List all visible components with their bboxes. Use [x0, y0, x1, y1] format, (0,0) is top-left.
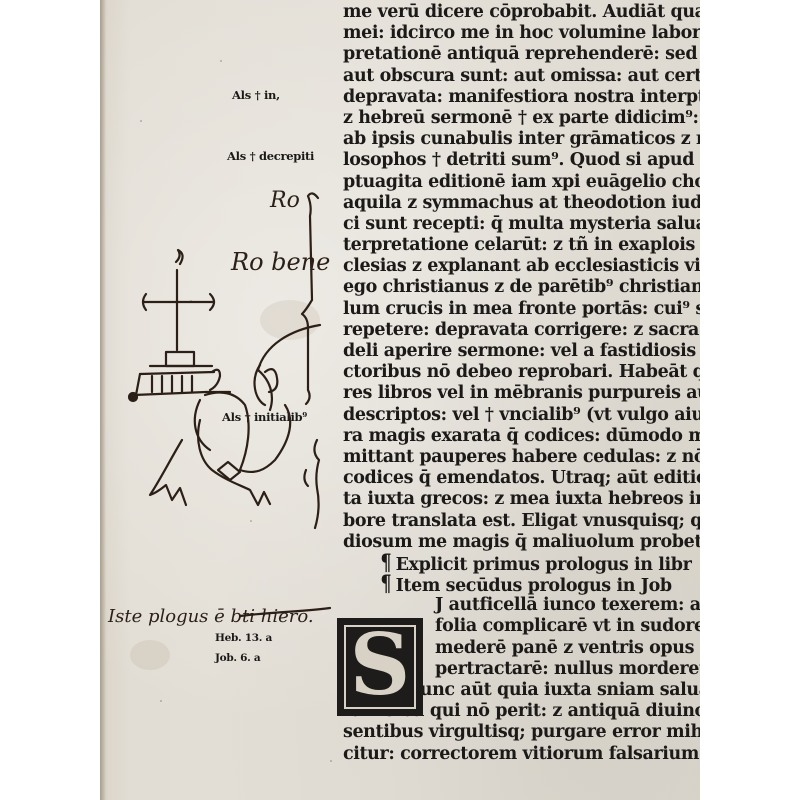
- text-line: bore translata est. Eligat vnusquisq; qu…: [343, 511, 700, 532]
- text-line: z hebreū sermonē † ex parte didicim⁹: z …: [343, 108, 700, 129]
- text-line: aut obscura sunt: aut omissa: aut certe …: [343, 66, 700, 87]
- text-line: ctoribus nō debeo reprobari. Habeāt qu: [343, 362, 700, 383]
- text-line: ta iuxta grecos: z mea iuxta hebreos in …: [343, 489, 700, 510]
- heading-text: Item secūdus prologus in Job: [396, 576, 672, 596]
- paper-speck: [220, 60, 222, 62]
- text-line: citur: correctorem vitiorum falsarium vo: [343, 744, 700, 765]
- paper-stain: [260, 300, 320, 340]
- text-line: J autficellā iunco texerem: a: [343, 595, 700, 616]
- altar-drawing-icon: [129, 352, 230, 401]
- pilcrow-icon: ¶: [380, 574, 391, 595]
- handwritten-note: Iste plogus ē bti hiero.: [108, 606, 314, 627]
- cross-drawing-icon: [143, 250, 214, 350]
- text-line: codices q̄ emendatos. Utraq; aūt editio: [343, 468, 700, 489]
- book-page: me verū dicere cōprobabit. Audiāt quapro…: [100, 0, 700, 800]
- text-line: depravata: manifestiora nostra interptat…: [343, 87, 700, 108]
- printed-marginal-note: Heb. 13. a: [215, 632, 272, 644]
- heading-text: Explicit primus prologus in libr: [396, 555, 692, 575]
- text-line: lum crucis in mea fronte portās: cui⁹ st…: [343, 299, 700, 320]
- text-line: pretationē antiquā reprehenderē: sed vt …: [343, 44, 700, 65]
- text-line: clesias z explanant ab ecclesiasticis vi…: [343, 256, 700, 277]
- handwritten-note: Ro: [270, 188, 300, 213]
- text-line: sentibus virgultisq; purgare error mihi: [343, 722, 700, 743]
- section-heading: ¶Item secūdus prologus in Job: [343, 574, 700, 595]
- text-line: ab ipsis cunabulis inter grāmaticos z rh…: [343, 129, 700, 150]
- paper-speck: [160, 700, 162, 702]
- paper-speck: [330, 760, 332, 762]
- text-line: ci sunt recepti: q̄ multa mysteria salua…: [343, 214, 700, 235]
- text-line: ra magis exarata q̄ codices: dūmodo mih: [343, 426, 700, 447]
- text-line: diosum me magis q̄ maliuolum probet.: [343, 532, 700, 553]
- paper-stain: [130, 640, 170, 670]
- text-line: res libros vel in mēbranis purpureis aur: [343, 383, 700, 404]
- section-heading: ¶Explicit primus prologus in libr: [343, 553, 700, 574]
- paper-speck: [140, 120, 142, 122]
- initial-frame: S: [344, 625, 416, 709]
- printed-marginal-note: Als † initialib⁹: [222, 410, 307, 424]
- printed-marginal-note: Als † decrepiti: [227, 149, 314, 163]
- woodcut-initial: S: [337, 618, 423, 716]
- text-line: ptuagita editionē iam xpi euāgelio choru…: [343, 172, 700, 193]
- text-line: me verū dicere cōprobabit. Audiāt quapro…: [343, 2, 700, 23]
- text-line: terpretatione celarūt: z tñ in exaplois …: [343, 235, 700, 256]
- text-line: losophos † detriti sum⁹. Quod si apud gr…: [343, 150, 700, 171]
- text-line: repetere: depravata corrigere: z sacra e…: [343, 320, 700, 341]
- paper-speck: [250, 520, 252, 522]
- paper-speck: [190, 300, 192, 302]
- text-line: mei: idcirco me in hoc volumine laborass…: [343, 23, 700, 44]
- text-line: mittant pauperes habere cedulas: z nō ta: [343, 447, 700, 468]
- text-line: aquila z symmachus at theodotion iudaizā: [343, 193, 700, 214]
- text-line: deli aperire sermone: vel a fastidiosis …: [343, 341, 700, 362]
- text-line: descriptos: vel † vncialib⁹ (vt vulgo ai…: [343, 405, 700, 426]
- initial-letter: S: [350, 623, 411, 707]
- printed-marginal-note: Job. 6. a: [215, 652, 260, 664]
- handwritten-note: Ro bene: [231, 248, 330, 276]
- printed-marginal-note: Als † in,: [232, 88, 280, 102]
- text-line: ego christianus z de parētib⁹ christiani…: [343, 277, 700, 298]
